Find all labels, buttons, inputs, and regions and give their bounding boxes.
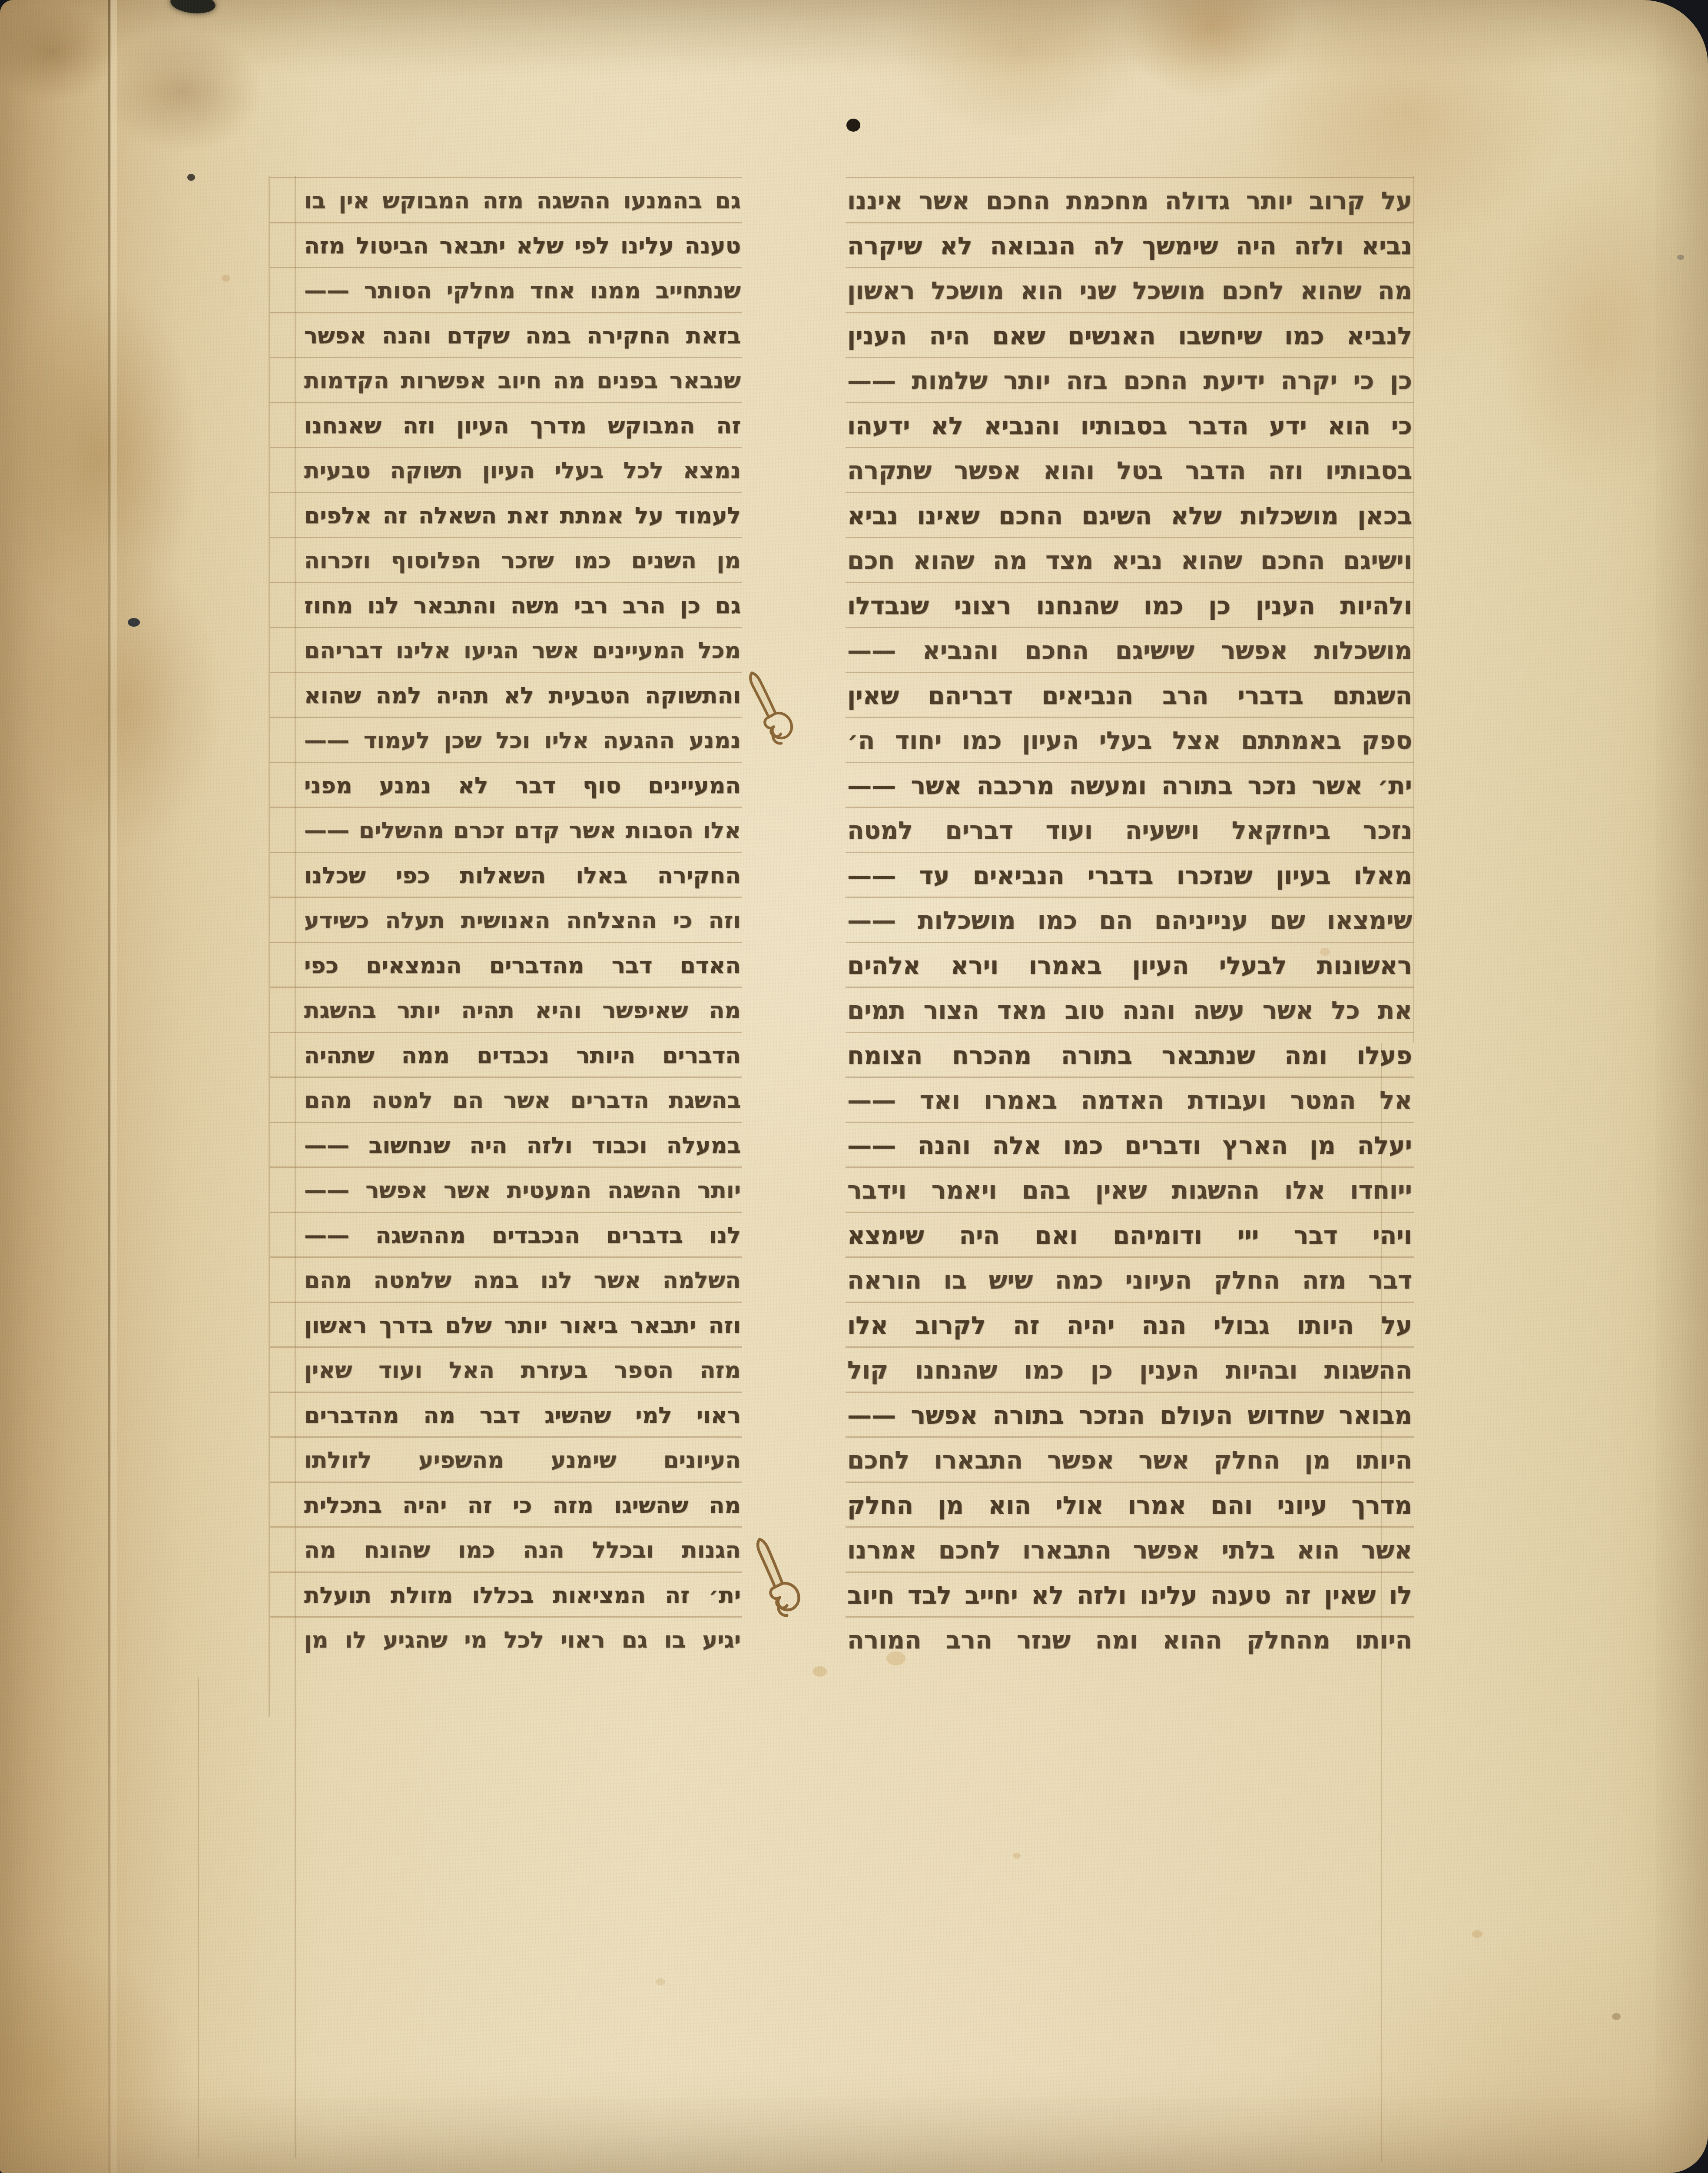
pointing-hand-manicule-icon (743, 664, 803, 755)
text-line: מכל המעיינים אשר הגיעו אלינו דבריהם (304, 630, 741, 675)
ruled-margin-line (198, 1678, 199, 2158)
ruled-guide-line (270, 177, 742, 178)
gutter-crease (108, 0, 110, 2173)
ink-speck (846, 119, 860, 132)
text-line: היותו מהחלק ההוא ומה שנזר הרב המורה (847, 1620, 1412, 1665)
text-line: נמצא לכל בעלי העיון תשוקה טבעית (304, 450, 741, 495)
text-line: יגיע בו גם ראוי לכל מי שהגיע לו מן (304, 1620, 741, 1665)
text-line: מושכלות אפשר שישיגם החכם והנביא —— (847, 630, 1412, 675)
text-line: על היותו גבולי הנה יהיה זה לקרוב אלו (847, 1305, 1412, 1350)
text-line: וזה יתבאר ביאור יותר שלם בדרך ראשון (304, 1305, 741, 1350)
photo-backdrop: על קרוב יותר גדולה מחכמת החכם אשר איננונ… (0, 0, 1708, 2173)
text-line: לנביא כמו שיחשבו האנשים שאם היה הענין (847, 316, 1412, 361)
text-line: העיונים שימנע מהשפיע לזולתו (304, 1440, 741, 1485)
ruled-guide-line (846, 177, 1414, 178)
ink-speck (1013, 1853, 1021, 1859)
ink-speck (1472, 1930, 1482, 1938)
text-line: מבואר שחדוש העולם הנזכר בתורה אפשר —— (847, 1395, 1412, 1440)
text-line: מה שהשיגו מזה כי זה יהיה בתכלית (304, 1485, 741, 1530)
ink-speck (813, 1666, 827, 1677)
text-line: גם כן הרב רבי משה והתבאר לנו מחוז (304, 585, 741, 631)
text-line: וזה כי ההצלחה האנושית תעלה כשידע (304, 900, 741, 945)
text-line: ראשונות לבעלי העיון באמרו וירא אלהים (847, 945, 1412, 990)
text-line: שנבאר בפנים מה חיוב אפשרות הקדמות (304, 360, 741, 405)
text-line: יותר ההשגה המעטית אשר אפשר —— (304, 1170, 741, 1215)
ink-speck (656, 1978, 665, 1985)
text-line: את כל אשר עשה והנה טוב מאד הצור תמים (847, 990, 1412, 1035)
text-line: בהשגת הדברים אשר הם למטה מהם (304, 1080, 741, 1125)
text-line: ייוחדו אלו ההשגות שאין בהם ויאמר וידבר (847, 1170, 1412, 1215)
text-line: ספק באמתתם אצל בעלי העיון כמו יחוד ה׳ (847, 720, 1412, 765)
text-line: האדם דבר מהדברים הנמצאים כפי (304, 945, 741, 990)
text-line: וישיגם החכם שהוא נביא מצד מה שהוא חכם (847, 540, 1412, 585)
text-line: מדרך עיוני והם אמרו אולי הוא מן החלק (847, 1485, 1412, 1530)
text-line: מה שאיפשר והיא תהיה יותר בהשגת (304, 990, 741, 1035)
text-line: כן כי יקרה ידיעת החכם בזה יותר שלמות —— (847, 360, 1412, 405)
text-line: השגתם בדברי הרב הנביאים דבריהם שאין (847, 675, 1412, 721)
text-line: כי הוא ידע הדבר בסבותיו והנביא לא ידעהו (847, 405, 1412, 451)
text-line: ויהי דבר ייי ודומיהם ואם היה שימצא (847, 1215, 1412, 1260)
text-line: מאלו בעיון שנזכרו בדברי הנביאים עד —— (847, 855, 1412, 900)
text-line: לו שאין זה טענה עלינו ולזה לא יחייב לבד … (847, 1575, 1412, 1620)
text-line: אל המטר ועבודת האדמה באמרו ואד —— (847, 1080, 1412, 1125)
text-line: יעלה מן הארץ ודברים כמו אלה והנה —— (847, 1125, 1412, 1170)
ink-speck (1677, 255, 1684, 260)
text-line: שימצאו שם ענייניהם הם כמו מושכלות —— (847, 900, 1412, 945)
text-line: ולהיות הענין כן כמו שהנחנו רצוני שנבדלו (847, 585, 1412, 631)
text-line: ית׳ אשר נזכר בתורה ומעשה מרכבה אשר —— (847, 765, 1412, 811)
text-line: במעלה וכבוד ולזה היה שנחשוב —— (304, 1125, 741, 1170)
text-line: המעיינים סוף דבר לא נמנע מפני (304, 765, 741, 811)
text-line: דבר מזה החלק העיוני כמה שיש בו הוראה (847, 1260, 1412, 1305)
text-line: על קרוב יותר גדולה מחכמת החכם אשר איננו (847, 180, 1412, 226)
ink-speck (128, 618, 140, 627)
text-line: בזאת החקירה במה שקדם והנה אפשר (304, 316, 741, 361)
gutter-crease-highlight (111, 0, 117, 2173)
text-line: לנו בדברים הנכבדים מההשגה —— (304, 1215, 741, 1260)
binding-notch (169, 0, 216, 15)
ruled-margin-line (1413, 176, 1414, 1043)
ruled-margin-line (295, 176, 296, 2158)
text-line: מזה הספר בעזרת האל ועוד שאין (304, 1350, 741, 1395)
text-line: השלמה אשר לנו במה שלמטה מהם (304, 1260, 741, 1305)
text-line: ההשגות ובהיות הענין כן כמו שהנחנו קול (847, 1350, 1412, 1395)
text-line: שנתחייב ממנו אחד מחלקי הסותר —— (304, 270, 741, 316)
text-line: זה המבוקש מדרך העיון וזה שאנחנו (304, 405, 741, 451)
manuscript-page: על קרוב יותר גדולה מחכמת החכם אשר איננונ… (0, 0, 1708, 2173)
text-line: החקירה באלו השאלות כפי שכלנו (304, 855, 741, 900)
text-line: לעמוד על אמתת זאת השאלה זה אלפים (304, 495, 741, 541)
text-line: טענה עלינו לפי שלא יתבאר הביטול מזה (304, 226, 741, 271)
text-line: ית׳ זה המציאות בכללו מזולת תועלת (304, 1575, 741, 1620)
text-line: מן השנים כמו שזכר הפלוסוף וזכרוה (304, 540, 741, 585)
text-line: היותו מן החלק אשר אפשר התבארו לחכם (847, 1440, 1412, 1485)
text-line: נביא ולזה היה שימשך לה הנבואה לא שיקרה (847, 226, 1412, 271)
text-line: בכאן מושכלות שלא השיגם החכם שאינו נביא (847, 495, 1412, 541)
text-line: והתשוקה הטבעית לא תהיה למה שהוא (304, 675, 741, 721)
text-line: הדברים היותר נכבדים ממה שתהיה (304, 1035, 741, 1080)
text-line: פעלו ומה שנתבאר בתורה מהכרח הצומח (847, 1035, 1412, 1080)
text-line: אשר הוא בלתי אפשר התבארו לחכם אמרנו (847, 1530, 1412, 1575)
text-line: נמנע ההגעה אליו וכל שכן לעמוד —— (304, 720, 741, 765)
ruled-margin-line (269, 176, 270, 1717)
pointing-hand-manicule-icon (750, 1532, 809, 1627)
text-line: הגנות ובכלל הנה כמו שהונח מה (304, 1530, 741, 1575)
text-line: מה שהוא לחכם מושכל שני הוא מושכל ראשון (847, 270, 1412, 316)
ink-speck (1612, 2013, 1621, 2020)
text-line: אלו הסבות אשר קדם זכרם מהשלים —— (304, 810, 741, 855)
ink-speck (222, 275, 230, 282)
text-line: גם בהמנעו ההשגה מזה המבוקש אין בו (304, 180, 741, 226)
text-line: בסבותיו וזה הדבר בטל והוא אפשר שתקרה (847, 450, 1412, 495)
ink-speck (187, 174, 195, 181)
text-line: ראוי למי שהשיג דבר מה מהדברים (304, 1395, 741, 1440)
text-line: נזכר ביחזקאל וישעיה ועוד דברים למטה (847, 810, 1412, 855)
